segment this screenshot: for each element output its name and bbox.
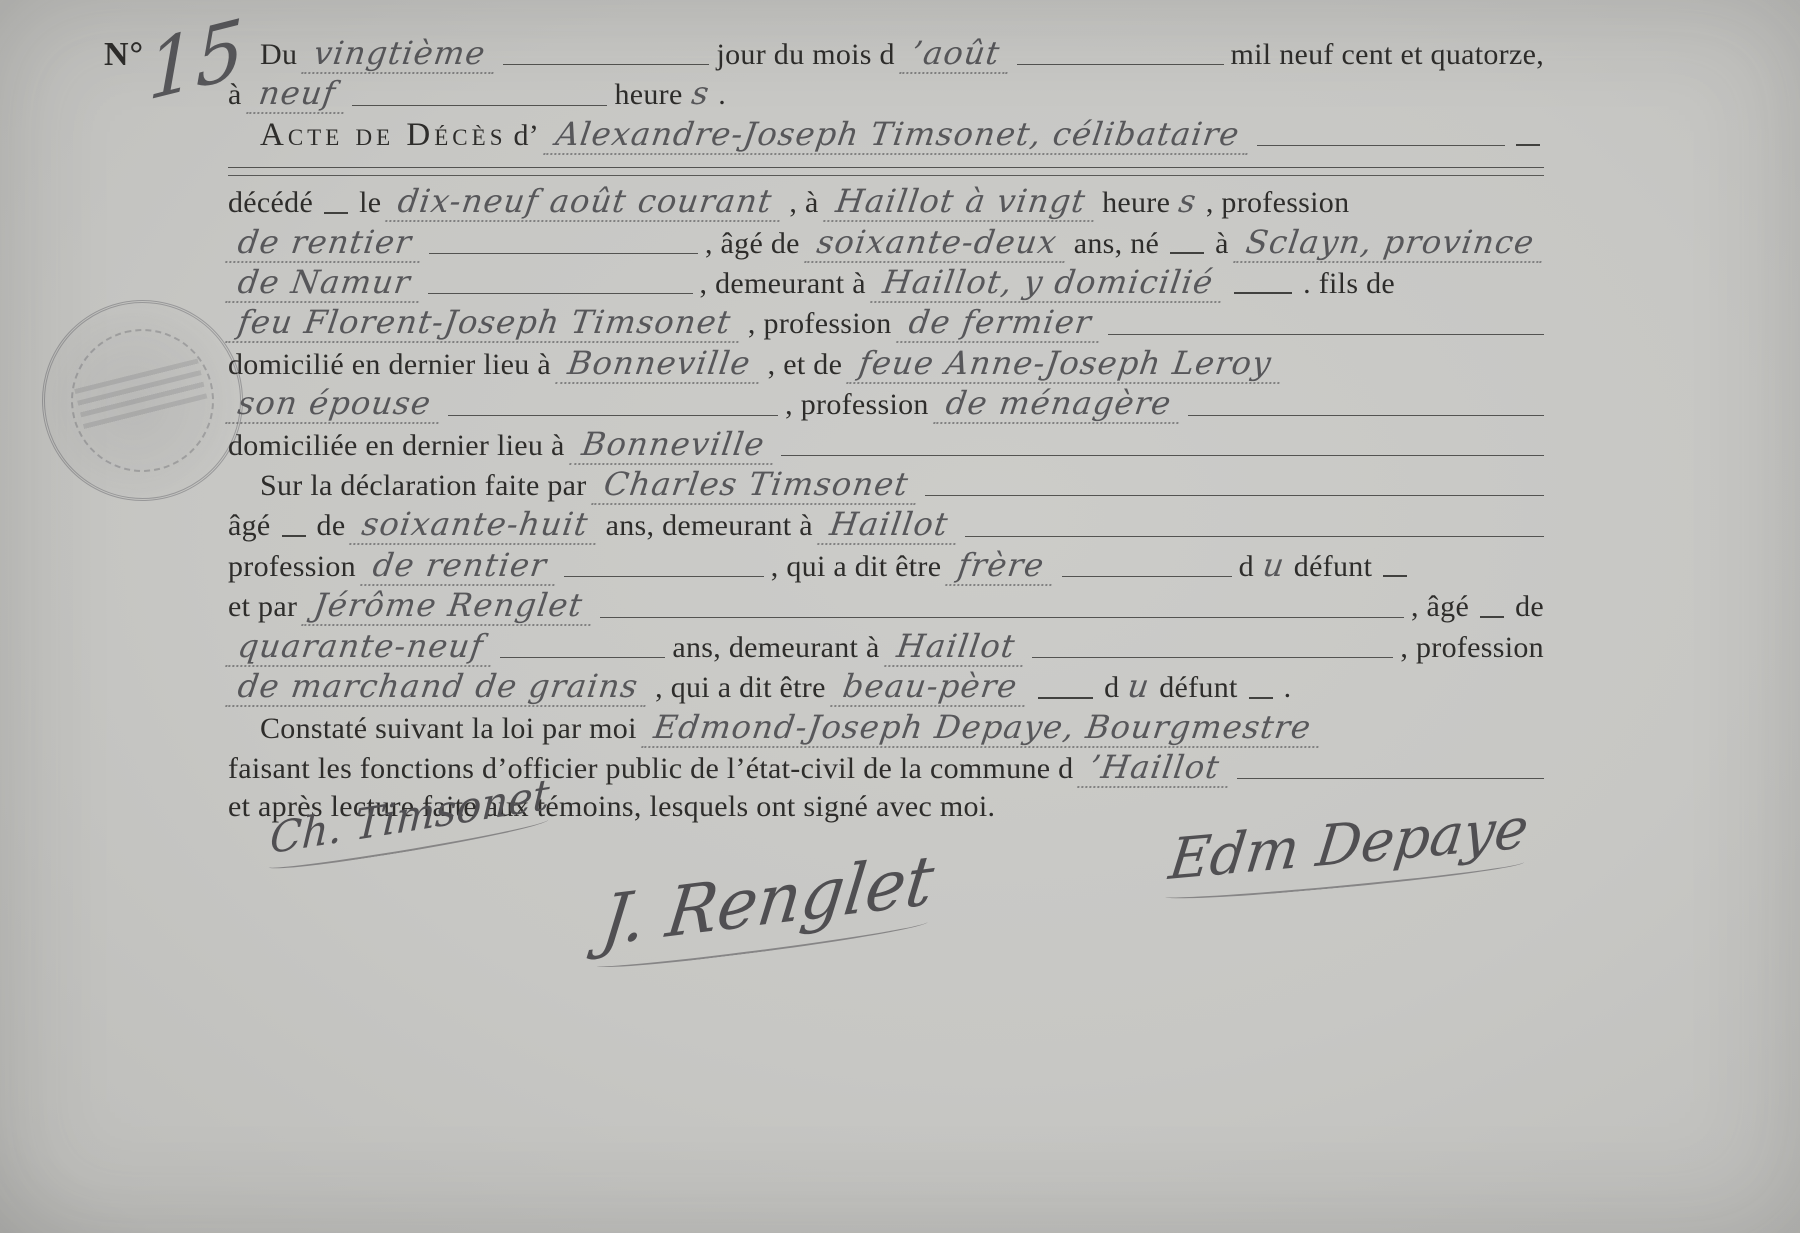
- field-day: vingtième: [301, 34, 498, 74]
- printed-text: mil neuf cent et quatorze,: [1231, 36, 1545, 74]
- field-commune: ’Haillot: [1078, 748, 1233, 788]
- field-age: soixante-deux: [804, 223, 1070, 263]
- field-declarant2-residence: Haillot: [884, 627, 1028, 667]
- ruled-blank: [600, 617, 1404, 618]
- ruled-blank: [1017, 64, 1224, 65]
- field-article: u: [1124, 667, 1155, 705]
- printed-text: d: [1104, 669, 1119, 707]
- line-declarant2-profession: de marchand de grains , qui a dit être b…: [228, 667, 1544, 707]
- certificate-body: Du vingtième jour du mois d ’août mil ne…: [228, 34, 1544, 827]
- printed-text: domicilié en dernier lieu à: [228, 346, 551, 384]
- ruled-dash: [282, 535, 306, 537]
- ruled-blank: [1062, 576, 1232, 577]
- printed-text: et par: [228, 588, 297, 626]
- ruled-blank: [503, 64, 710, 65]
- field-declarant2-name: Jérôme Renglet: [301, 586, 595, 626]
- ruled-dash: [1038, 697, 1093, 699]
- printed-text: , demeurant à: [700, 265, 866, 303]
- field-article: u: [1258, 546, 1289, 584]
- line-declarant2-age: quarante-neuf ans, demeurant à Haillot ,…: [228, 627, 1544, 667]
- printed-text: Constaté suivant la loi par moi: [260, 710, 637, 748]
- continuation-rule: [228, 167, 1544, 176]
- ruled-dash: [1480, 616, 1504, 618]
- field-mother-residence: Bonneville: [569, 425, 777, 465]
- ruled-blank: [500, 657, 665, 658]
- record-number-label: N°: [104, 36, 144, 74]
- ruled-blank: [1257, 145, 1505, 146]
- field-province: de Namur: [225, 263, 423, 303]
- line-officer: Constaté suivant la loi par moi Edmond-J…: [228, 708, 1544, 748]
- field-declarant2-age: quarante-neuf: [225, 627, 496, 667]
- line-father-residence-mother: domicilié en dernier lieu à Bonneville ,…: [228, 344, 1544, 384]
- printed-text: ans, demeurant à: [606, 507, 813, 545]
- field-declarant1-age: soixante-huit: [350, 505, 602, 545]
- field-death-place-hour: Haillot à vingt: [823, 182, 1098, 222]
- ruled-dash: [324, 212, 348, 214]
- printed-text: de: [317, 507, 346, 545]
- ruled-blank: [1108, 334, 1544, 335]
- printed-text: , profession: [748, 305, 892, 343]
- field-month: ’août: [899, 34, 1013, 74]
- ruled-blank: [781, 455, 1544, 456]
- printed-text: à: [1215, 225, 1229, 263]
- ruled-blank: [1237, 778, 1544, 779]
- printed-text: heure: [1102, 184, 1170, 222]
- field-declarant1-name: Charles Timsonet: [591, 465, 921, 505]
- printed-text: , profession: [785, 386, 929, 424]
- printed-text: , profession: [1206, 184, 1350, 222]
- printed-text: Du: [260, 36, 297, 74]
- printed-text: d’: [514, 117, 540, 155]
- printed-text: . fils de: [1303, 265, 1395, 303]
- ruled-blank: [1032, 657, 1394, 658]
- printed-text: le: [359, 184, 381, 222]
- printed-text: à: [228, 76, 242, 114]
- printed-text: ans, né: [1074, 225, 1159, 263]
- field-officer-name: Edmond-Joseph Depaye, Bourgmestre: [641, 708, 1324, 748]
- printed-text: , qui a dit être: [655, 669, 826, 707]
- field-father-residence: Bonneville: [555, 344, 763, 384]
- signature-declarant2: J. Renglet: [595, 841, 938, 979]
- ruled-blank: [925, 495, 1544, 496]
- printed-text: jour du mois d: [716, 36, 894, 74]
- ruled-dash: [1234, 292, 1292, 294]
- field-deceased-name: Alexandre-Joseph Timsonet, célibataire: [543, 115, 1252, 155]
- ruled-blank: [564, 576, 764, 577]
- printed-text: de: [1515, 588, 1544, 626]
- printed-text: défunt: [1159, 669, 1237, 707]
- printed-text: , âgé de: [705, 225, 800, 263]
- field-mother-profession: de ménagère: [933, 384, 1184, 424]
- field-father-name: feu Florent-Joseph Timsonet: [225, 303, 744, 343]
- ruled-dash: [1249, 697, 1273, 699]
- field-hour-plural: s: [1174, 182, 1201, 220]
- printed-text: Sur la déclaration faite par: [260, 467, 587, 505]
- line-declarant1: Sur la déclaration faite par Charles Tim…: [228, 465, 1544, 505]
- line-declarant1-age: âgé de soixante-huit ans, demeurant à Ha…: [228, 505, 1544, 545]
- field-residence: Haillot, y domicilié: [870, 263, 1226, 303]
- printed-text: profession: [228, 548, 356, 586]
- field-mother-name: feue Anne-Joseph Leroy: [846, 344, 1284, 384]
- field-relation2: beau-père: [830, 667, 1030, 707]
- ruled-blank: [429, 253, 698, 254]
- field-mother-title: son épouse: [225, 384, 444, 424]
- field-profession: de rentier: [225, 223, 424, 263]
- printed-text: décédé: [228, 184, 313, 222]
- line-province-residence: de Namur , demeurant à Haillot, y domici…: [228, 263, 1544, 303]
- printed-text: domiciliée en dernier lieu à: [228, 427, 565, 465]
- printed-text: âgé: [228, 507, 271, 545]
- acte-de-deces-heading: Acte de Décès: [260, 116, 507, 154]
- ruled-blank: [448, 415, 778, 416]
- line-declarant1-profession: profession de rentier , qui a dit être f…: [228, 546, 1544, 586]
- ruled-blank: [1188, 415, 1544, 416]
- line-father: feu Florent-Joseph Timsonet , profession…: [228, 303, 1544, 343]
- ruled-blank: [428, 293, 693, 294]
- printed-text: défunt: [1294, 548, 1372, 586]
- field-declarant1-profession: de rentier: [360, 546, 559, 586]
- ruled-dash: [1383, 575, 1407, 577]
- field-relation1: frère: [945, 546, 1057, 586]
- line-mother-residence: domiciliée en dernier lieu à Bonneville: [228, 425, 1544, 465]
- printed-text: .: [1284, 669, 1292, 707]
- field-hour-plural: s: [687, 74, 714, 112]
- printed-text: d: [1239, 548, 1254, 586]
- line-acte-title: Acte de Décès d’ Alexandre-Joseph Timson…: [228, 115, 1544, 155]
- ruled-blank: [352, 105, 607, 106]
- line-date: Du vingtième jour du mois d ’août mil ne…: [228, 34, 1544, 74]
- printed-text: , profession: [1400, 629, 1544, 667]
- printed-text: heure: [614, 76, 682, 114]
- printed-text: ans, demeurant à: [672, 629, 879, 667]
- field-declarant2-profession: de marchand de grains: [225, 667, 651, 707]
- death-certificate-document: N° 15 Du vingtième jour du mois d ’août …: [0, 0, 1800, 1233]
- ruled-dash: [1170, 252, 1204, 254]
- printed-text: , à: [789, 184, 818, 222]
- field-death-date: dix-neuf août courant: [385, 182, 785, 222]
- line-commune: faisant les fonctions d’officier public …: [228, 748, 1544, 788]
- printed-text: , qui a dit être: [771, 548, 942, 586]
- line-declarant2: et par Jérôme Renglet , âgé de: [228, 586, 1544, 626]
- printed-text: faisant les fonctions d’officier public …: [228, 750, 1073, 788]
- printed-text: , âgé: [1411, 588, 1469, 626]
- line-mother-profession: son épouse , profession de ménagère: [228, 384, 1544, 424]
- ruled-dash: [1516, 144, 1540, 146]
- line-hour: à neuf heure s .: [228, 74, 1544, 114]
- line-profession-age: de rentier , âgé de soixante-deux ans, n…: [228, 223, 1544, 263]
- ruled-blank: [965, 536, 1544, 537]
- field-father-profession: de fermier: [896, 303, 1104, 343]
- field-birthplace: Sclayn, province: [1233, 223, 1547, 263]
- printed-text: , et de: [768, 346, 843, 384]
- field-hour: neuf: [246, 74, 348, 114]
- field-declarant1-residence: Haillot: [817, 505, 961, 545]
- printed-text: .: [718, 76, 726, 114]
- line-death-details: décédé le dix-neuf août courant , à Hail…: [228, 182, 1544, 222]
